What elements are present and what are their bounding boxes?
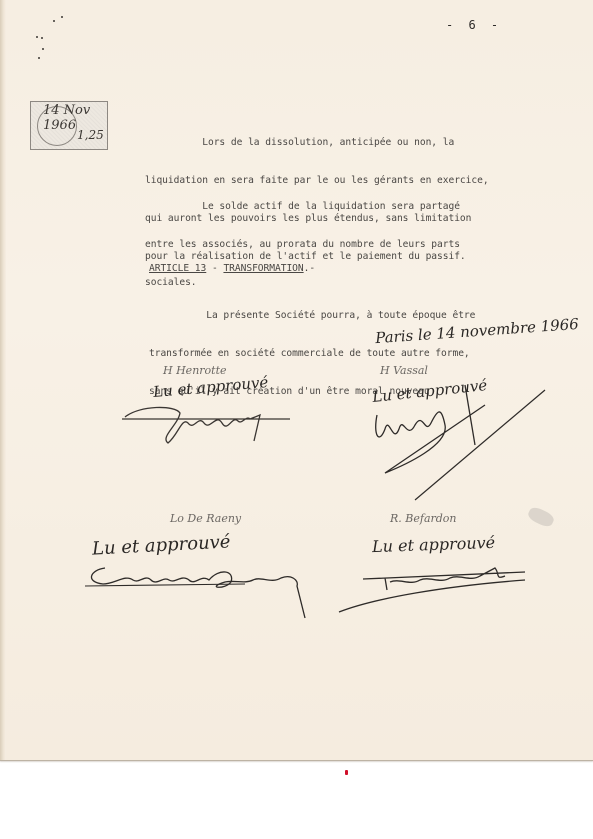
signatory-name: Lo De Raeny bbox=[170, 512, 241, 525]
heading-separator: - bbox=[206, 263, 223, 274]
document-page: - 6 - 14 Nov 1966 1,25 Lors de la dissol… bbox=[0, 0, 593, 761]
page-number: - 6 - bbox=[446, 18, 502, 32]
ink-speck bbox=[61, 16, 63, 18]
ink-speck bbox=[42, 48, 44, 50]
text-line: entre les associés, au prorata du nombre… bbox=[145, 239, 460, 252]
ink-speck bbox=[53, 20, 55, 22]
signatory-name: H Henrotte bbox=[163, 364, 227, 377]
paper-smudge bbox=[526, 505, 555, 529]
fiscal-stamp: 14 Nov 1966 1,25 bbox=[30, 101, 108, 150]
ink-speck bbox=[38, 57, 40, 59]
signature-vassal bbox=[365, 385, 555, 505]
text-line: Le solde actif de la liquidation sera pa… bbox=[145, 201, 460, 214]
stamp-amount: 1,25 bbox=[77, 128, 104, 142]
text-line: Lors de la dissolution, anticipée ou non… bbox=[145, 137, 489, 150]
article-number: ARTICLE 13 bbox=[149, 263, 206, 274]
signature-henrotte bbox=[120, 395, 300, 455]
signatory-name: H Vassal bbox=[380, 364, 428, 377]
article-title: TRANSFORMATION bbox=[223, 263, 303, 274]
signature-de-raeny bbox=[85, 560, 315, 620]
approval-note: Lu et approuvé bbox=[92, 531, 231, 559]
signatory-name: R. Befardon bbox=[390, 512, 457, 525]
paper-edge bbox=[0, 0, 6, 760]
signature-befardon bbox=[335, 560, 535, 615]
ink-speck bbox=[36, 36, 38, 38]
text-line: transformée en société commerciale de to… bbox=[149, 348, 475, 361]
heading-suffix: .- bbox=[304, 263, 315, 274]
text-line: La présente Société pourra, à toute époq… bbox=[149, 310, 475, 323]
ink-speck bbox=[41, 37, 43, 39]
article-13-heading: ARTICLE 13 - TRANSFORMATION.- bbox=[149, 263, 315, 276]
red-ink-mark bbox=[345, 770, 348, 775]
approval-note: Lu et approuvé bbox=[372, 533, 496, 556]
